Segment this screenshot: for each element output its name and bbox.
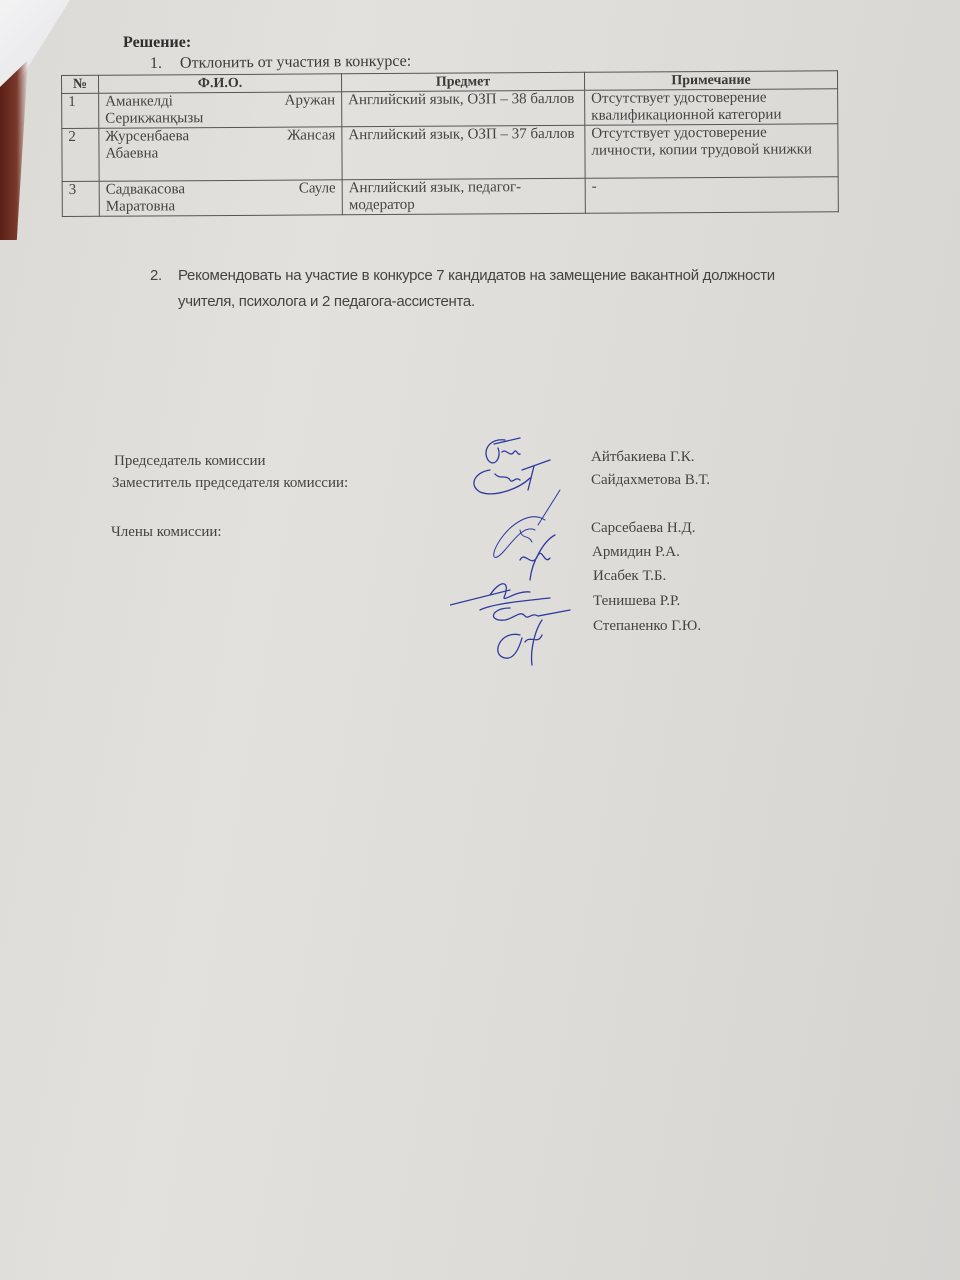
cell-number: 1: [62, 93, 99, 128]
background-edge: [0, 60, 28, 240]
member-name: Степаненко Г.Ю.: [593, 618, 701, 635]
member-name: Армидин Р.А.: [592, 544, 680, 561]
header-number: №: [62, 75, 99, 93]
members-label: Члены комиссии:: [111, 524, 222, 541]
item-2-line-1: Рекомендовать на участие в конкурсе 7 ка…: [178, 267, 775, 284]
cell-number: 3: [62, 181, 99, 216]
item-1-number: 1.: [150, 55, 180, 73]
cell-note: Отсутствует удостоверение личности, копи…: [585, 124, 838, 179]
cell-note: Отсутствует удостоверение квалификационн…: [585, 89, 838, 126]
patronymic: Маратовна: [106, 197, 336, 215]
cell-fio: СадвакасоваСауле Маратовна: [99, 180, 342, 216]
cell-subject: Английский язык, педагог-модератор: [342, 178, 585, 214]
item-1: 1.Отклонить от участия в конкурсе:: [150, 53, 411, 73]
surname: Садвакасова: [106, 181, 185, 198]
table-row: 3 СадвакасоваСауле Маратовна Английский …: [62, 177, 838, 217]
surname: Аманкелді: [105, 93, 173, 110]
given-name: Жансая: [287, 127, 335, 144]
cell-fio: ЖурсенбаеваЖансая Абаевна: [99, 127, 342, 181]
item-1-text: Отклонить от участия в конкурсе:: [180, 53, 411, 72]
member-name: Сарсебаева Н.Д.: [591, 520, 695, 537]
cell-number: 2: [62, 128, 99, 181]
cell-fio: АманкелдіАружан Серикжанқызы: [99, 92, 342, 128]
header-fio: Ф.И.О.: [99, 74, 342, 93]
member-name: Тенишева Р.Р.: [593, 593, 680, 610]
table-row: 2 ЖурсенбаеваЖансая Абаевна Английский я…: [62, 124, 838, 182]
member-name: Исабек Т.Б.: [593, 568, 666, 585]
handwritten-signatures: [450, 430, 590, 670]
given-name: Аружан: [285, 92, 336, 109]
decision-heading: Решение:: [123, 34, 191, 52]
given-name: Сауле: [299, 180, 336, 197]
header-note: Примечание: [584, 71, 837, 91]
cell-note: -: [585, 177, 838, 214]
document-page: Решение: 1.Отклонить от участия в конкур…: [0, 0, 960, 1280]
surname: Журсенбаева: [105, 128, 189, 146]
item-2-number: 2.: [150, 263, 178, 289]
table-row: 1 АманкелдіАружан Серикжанқызы Английски…: [62, 89, 838, 129]
deputy-name: Сайдахметова В.Т.: [591, 472, 710, 489]
chair-name: Айтбакиева Г.К.: [591, 449, 694, 466]
patronymic: Серикжанқызы: [105, 109, 335, 127]
patronymic: Абаевна: [105, 144, 335, 162]
cell-subject: Английский язык, ОЗП – 37 баллов: [342, 125, 585, 179]
cell-subject: Английский язык, ОЗП – 38 баллов: [342, 90, 585, 126]
chair-label: Председатель комиссии: [114, 453, 266, 470]
item-2: 2.Рекомендовать на участие в конкурсе 7 …: [150, 263, 880, 315]
header-subject: Предмет: [341, 72, 584, 91]
rejected-candidates-table: № Ф.И.О. Предмет Примечание 1 АманкелдіА…: [61, 70, 839, 217]
deputy-label: Заместитель председателя комиссии:: [112, 475, 348, 492]
item-2-line-2: учителя, психолога и 2 педагога-ассистен…: [150, 289, 880, 315]
